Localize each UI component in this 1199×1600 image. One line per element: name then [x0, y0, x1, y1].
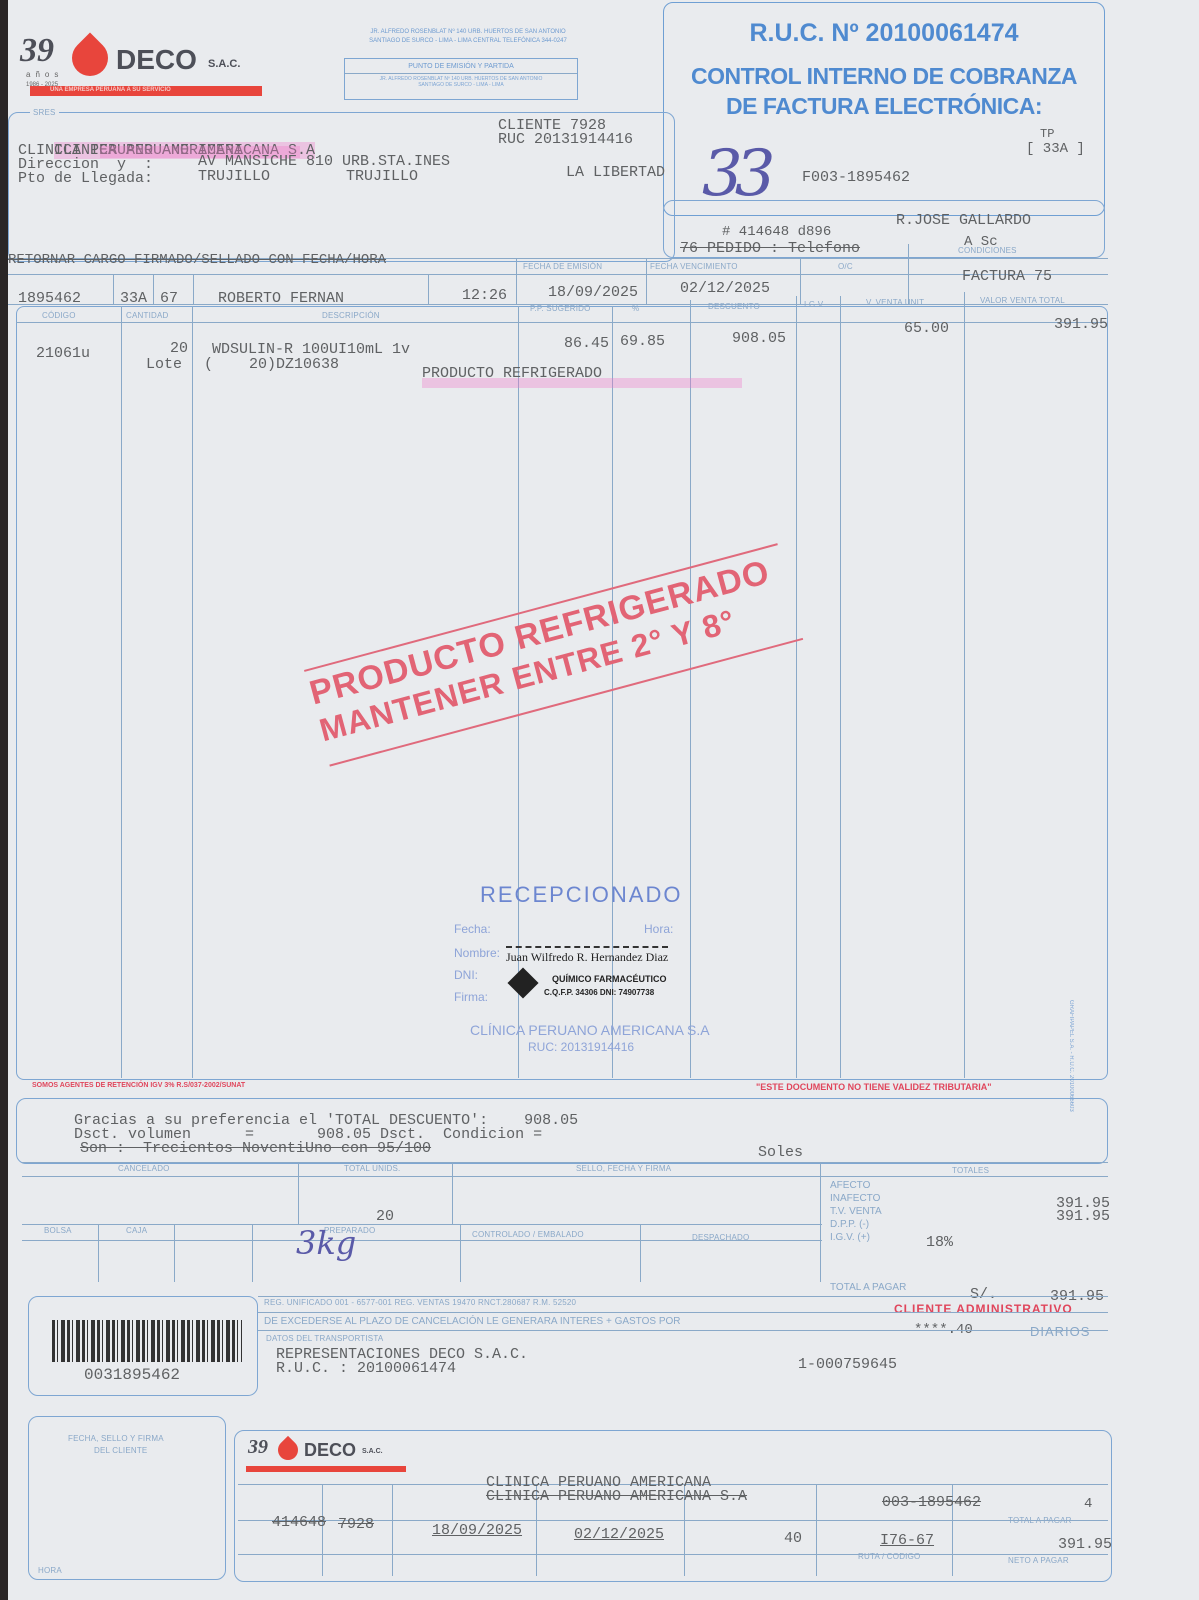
client-ruc: RUC 20131914416	[498, 131, 633, 148]
stub-count: 4	[1084, 1496, 1092, 1512]
order-seller-name: ROBERTO FERNAN	[218, 290, 344, 307]
label-oc: O/C	[838, 262, 853, 271]
divider	[258, 1330, 1108, 1331]
company-logo: 39 años 1986 - 2025 DECO S.A.C. UNA EMPR…	[20, 28, 270, 100]
client-city: TRUJILLO	[198, 168, 270, 185]
totals-label: D.P.P. (-)	[830, 1219, 869, 1230]
emission-title: PUNTO DE EMISIÓN Y PARTIDA	[345, 63, 577, 70]
address-label-2: Pto de Llegada:	[18, 172, 153, 186]
client-label: SRES	[30, 108, 59, 117]
label-controlled: CONTROLADO / EMBALADO	[472, 1230, 584, 1239]
divider	[22, 1176, 822, 1177]
col-header-suggested: P.P. SUGERIDO	[530, 304, 591, 313]
divider	[258, 1312, 1108, 1313]
stub-logo: 39 DECO S.A.C.	[242, 1434, 412, 1478]
divider	[840, 296, 841, 1078]
label-conditions: CONDICIONES	[958, 246, 1017, 255]
order-tp: 33A	[120, 290, 147, 307]
client-province: TRUJILLO	[346, 168, 418, 185]
client-sign-label-2: DEL CLIENTE	[94, 1446, 147, 1455]
col-header-code: CÓDIGO	[42, 311, 76, 320]
totals-row: AFECTO	[830, 1180, 1110, 1193]
client-sign-label-1: FECHA, SELLO Y FIRMA	[68, 1434, 164, 1443]
divider	[392, 1484, 393, 1576]
label-cancelled: CANCELADO	[118, 1164, 170, 1173]
label-total-units: TOTAL UNIDS.	[344, 1164, 400, 1173]
carrier-label: DATOS DEL TRANSPORTISTA	[266, 1334, 383, 1343]
logo-tagline: UNA EMPRESA PERUANA A SU SERVICIO	[50, 87, 171, 93]
divider	[516, 258, 517, 304]
stub-label-route: RUTA / CODIGO	[858, 1552, 920, 1561]
divider	[640, 1224, 641, 1282]
client-type: CLIENTE ADMINISTRATIVO	[894, 1302, 1073, 1316]
retention-notice: SOMOS AGENTES DE RETENCIÓN IGV 3% R.S/03…	[32, 1082, 245, 1089]
doc-title-2: DE FACTURA ELECTRÓNICA:	[664, 93, 1104, 120]
stub-client-code: 7928	[338, 1516, 374, 1533]
ruc-box: R.U.C. Nº 20100061474 CONTROL INTERNO DE…	[663, 2, 1105, 216]
divider	[816, 1484, 817, 1576]
order-time: 12:26	[462, 287, 507, 304]
divider	[820, 1176, 1108, 1177]
divider	[192, 306, 193, 1078]
label-issue-date: FECHA DE EMISIÓN	[523, 262, 602, 271]
received-title: RECEPCIONADO	[480, 882, 682, 908]
label-seal: SELLO, FECHA Y FIRMA	[576, 1164, 671, 1173]
col-header-total-value: VALOR VENTA TOTAL	[980, 296, 1065, 305]
col-header-percent: %	[632, 304, 639, 313]
order-pedido: 76 PEDIDO : Telefono	[680, 240, 860, 257]
divider	[258, 1296, 1108, 1297]
stub-label-total: TOTAL A PAGAR	[1008, 1516, 1072, 1525]
barcode-number: 0031895462	[84, 1366, 180, 1384]
stub-logo-name: DECO	[304, 1440, 356, 1461]
divider	[646, 258, 647, 304]
received-nombre-label: Nombre:	[454, 946, 500, 960]
handwritten-prep: 3kg	[296, 1224, 356, 1262]
client-region: LA LIBERTAD	[566, 164, 665, 181]
stub-logo-suffix: S.A.C.	[362, 1448, 383, 1455]
logo-name: DECO	[116, 44, 197, 76]
total-units: 20	[376, 1208, 394, 1225]
item-total-value: 391.95	[1054, 316, 1108, 333]
totals-list: AFECTO INAFECTO391.95 T.V. VENTA391.95 D…	[830, 1180, 1110, 1245]
label-box: CAJA	[126, 1226, 147, 1235]
divider	[121, 306, 122, 1078]
divider	[174, 1224, 175, 1282]
order-seller-code: 67	[160, 290, 178, 307]
totals-value: 391.95	[1056, 1208, 1110, 1225]
stub-client-2: CLINICA PERUANO AMERICANA S.A	[486, 1488, 747, 1505]
item-lot-label: Lote	[146, 356, 182, 373]
totals-row: I.G.V. (+)18%	[830, 1232, 1110, 1245]
received-org: CLÍNICA PERUANO AMERICANA S.A	[470, 1022, 710, 1038]
doc-title-1: CONTROL INTERNO DE COBRANZA	[664, 63, 1104, 90]
divider	[796, 296, 797, 1078]
stub-tagline-bar	[246, 1466, 406, 1472]
late-notice: DE EXCEDERSE AL PLAZO DE CANCELACIÓN LE …	[264, 1316, 681, 1327]
address-line-1: JR. ALFREDO ROSENBLAT Nº 140 URB. HUERTO…	[308, 28, 628, 37]
item-unit-value: 65.00	[904, 320, 949, 337]
divider	[345, 73, 577, 74]
order-conditions: FACTURA 75	[962, 268, 1052, 285]
client-sign-hora: HORA	[38, 1566, 62, 1575]
label-bag: BOLSA	[44, 1226, 72, 1235]
invoice-paper: 39 años 1986 - 2025 DECO S.A.C. UNA EMPR…	[8, 0, 1199, 1600]
totals-row: T.V. VENTA391.95	[830, 1206, 1110, 1219]
divider	[460, 1224, 461, 1282]
order-ref: # 414648 d896	[722, 224, 831, 240]
col-header-discount: DESCUENTO	[708, 302, 760, 311]
divider	[153, 274, 154, 304]
item-code: 21061u	[36, 345, 90, 362]
totals-label: AFECTO	[830, 1180, 870, 1191]
ruc-number: R.U.C. Nº 20100061474	[664, 19, 1104, 48]
col-header-qty: CANTIDAD	[126, 311, 169, 320]
totals-label: INAFECTO	[830, 1193, 880, 1204]
divider	[298, 1162, 299, 1224]
order-issue-date: 18/09/2025	[548, 284, 638, 301]
stub-doc: 003-1895462	[882, 1494, 981, 1511]
divider	[800, 258, 801, 304]
divider	[428, 274, 429, 304]
stub-days: 40	[784, 1530, 802, 1547]
printer-side-note: GRAFIPAPEL S.A. - R.U.C. 20100066603	[1068, 1000, 1074, 1112]
emission-point-box: PUNTO DE EMISIÓN Y PARTIDA JR. ALFREDO R…	[344, 58, 578, 100]
divider	[113, 274, 114, 304]
total-payable-currency: S/.	[970, 1286, 997, 1303]
stub-order: 414648	[272, 1514, 326, 1531]
divider	[908, 244, 909, 304]
divider	[238, 1554, 1108, 1555]
order-seller: R.JOSE GALLARDO	[896, 212, 1031, 229]
received-stamp: RECEPCIONADO Fecha: Hora: Nombre: DNI: F…	[448, 880, 748, 1060]
divider	[98, 1224, 99, 1282]
divider	[820, 1162, 821, 1282]
divider	[964, 292, 965, 1078]
divider	[22, 1224, 822, 1225]
carrier-code: 1-000759645	[798, 1356, 897, 1373]
received-fecha-label: Fecha:	[454, 922, 491, 936]
divider	[193, 274, 194, 304]
stub-route: I76-67	[880, 1532, 934, 1549]
divider	[8, 274, 1108, 275]
col-header-igv: I.G.V.	[804, 300, 825, 309]
label-dispatched: DESPACHADO	[692, 1233, 749, 1242]
address-line-2: SANTIAGO DE SURCO - LIMA - LIMA CENTRAL …	[308, 37, 628, 46]
summary-line-3: Son : Trecientos NoventiUno con 95/100	[80, 1140, 431, 1157]
late-period: DIARIOS	[1030, 1324, 1090, 1339]
totals-title: TOTALES	[952, 1166, 989, 1175]
received-firma-label: Firma:	[454, 990, 488, 1004]
receiver-ids: C.Q.F.P. 34306 DNI: 74907738	[544, 988, 654, 997]
no-tax-validity-notice: "ESTE DOCUMENTO NO TIENE VALIDEZ TRIBUTA…	[756, 1082, 992, 1092]
item-percent: 69.85	[620, 333, 665, 350]
divider	[22, 1162, 1108, 1163]
item-qty: 20	[170, 340, 188, 357]
totals-row: INAFECTO391.95	[830, 1193, 1110, 1206]
item-lot: ( 20)DZ10638	[204, 356, 339, 373]
divider	[452, 1162, 453, 1224]
item-suggested-price: 86.45	[564, 335, 609, 352]
order-due-date: 02/12/2025	[680, 280, 770, 297]
divider	[252, 1224, 253, 1282]
stub-net: 391.95	[1058, 1536, 1112, 1553]
item-discount: 908.05	[732, 330, 786, 347]
order-number: 1895462	[18, 290, 81, 307]
received-hora-label: Hora:	[644, 922, 673, 936]
received-dni-label: DNI:	[454, 968, 478, 982]
receiver-name: Juan Wilfredo R. Hernandez Diaz	[506, 946, 668, 965]
carrier-ruc: R.U.C. : 20100061474	[276, 1360, 456, 1377]
invoice-number: F003-1895462	[802, 169, 910, 186]
tp-value: [ 33A ]	[1026, 141, 1085, 157]
stub-due-date: 02/12/2025	[574, 1526, 664, 1543]
pharmacy-icon	[507, 967, 538, 998]
received-org-ruc: RUC: 20131914416	[528, 1040, 634, 1054]
stub-logo-years: 39	[248, 1436, 268, 1459]
emission-address-2: SANTIAGO DE SURCO - LIMA - LIMA	[345, 82, 577, 88]
totals-label: T.V. VENTA	[830, 1206, 882, 1217]
receiver-role: QUÍMICO FARMACÉUTICO	[552, 974, 667, 984]
label-due-date: FECHA VENCIMIENTO	[650, 262, 738, 271]
col-header-description: DESCRIPCIÓN	[322, 311, 380, 320]
stub-issue-date: 18/09/2025	[432, 1522, 522, 1539]
return-note: RETORNAR CARGO FIRMADO/SELLADO CON FECHA…	[8, 252, 386, 268]
stub-label-net: NETO A PAGAR	[1008, 1556, 1069, 1565]
barcode-icon	[52, 1320, 242, 1362]
currency-word: Soles	[758, 1144, 803, 1161]
logo-suffix: S.A.C.	[208, 58, 240, 70]
total-payable-label: TOTAL A PAGAR	[830, 1282, 906, 1293]
totals-label: I.G.V. (+)	[830, 1232, 870, 1243]
company-address: JR. ALFREDO ROSENBLAT Nº 140 URB. HUERTO…	[308, 28, 628, 46]
totals-value: 18%	[926, 1234, 953, 1251]
logo-years-sub: años	[26, 70, 63, 79]
col-header-unit-value: V. VENTA UNIT	[866, 298, 924, 307]
item-note: PRODUCTO REFRIGERADO	[422, 365, 602, 382]
registry-info: REG. UNIFICADO 001 - 6577-001 REG. VENTA…	[264, 1298, 576, 1307]
logo-years: 39	[20, 32, 54, 70]
drop-icon	[65, 33, 116, 84]
drop-icon	[274, 1436, 302, 1464]
tp-label: TP	[1040, 127, 1054, 141]
